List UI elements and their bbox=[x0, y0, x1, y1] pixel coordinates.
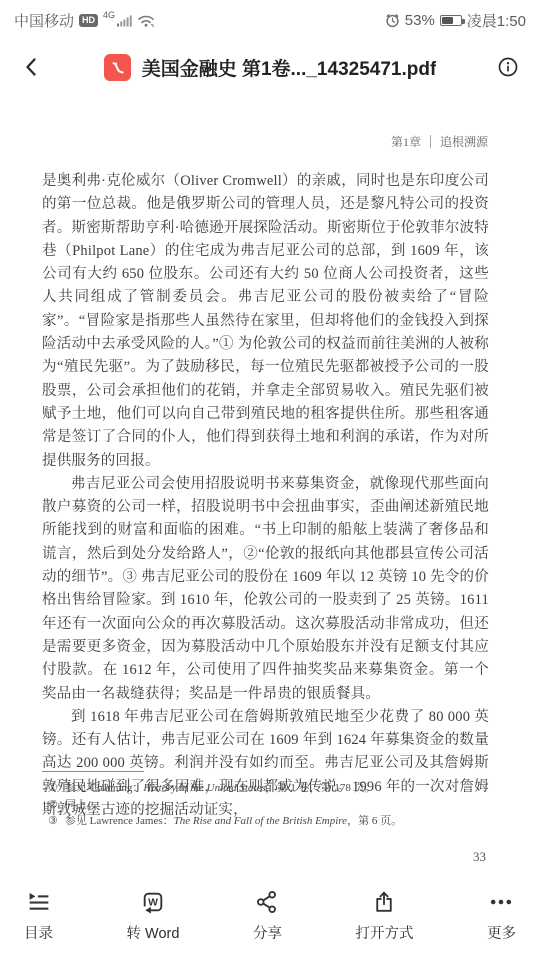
back-button[interactable] bbox=[16, 51, 48, 83]
toolbar-label: 打开方式 bbox=[355, 922, 413, 943]
page-body-text: 是奥利弗·克伦威尔（Oliver Cromwell）的亲戚，同时也是东印度公司的… bbox=[42, 170, 489, 822]
phone-screen: 中国移动 HD 4G bbox=[0, 0, 540, 960]
paragraph: 是奥利弗·克伦威尔（Oliver Cromwell）的亲戚，同时也是东印度公司的… bbox=[42, 170, 489, 473]
chapter-label: 第1章 bbox=[391, 133, 421, 150]
toolbar-open-with-button[interactable]: 打开方式 bbox=[355, 889, 413, 943]
battery-percent-label: 53% bbox=[405, 12, 435, 29]
battery-icon bbox=[440, 15, 462, 26]
share-icon bbox=[254, 889, 280, 915]
footnotes-block: ①参见 Channing：History of the United State… bbox=[42, 771, 489, 830]
section-label: 追根溯源 bbox=[440, 133, 488, 150]
open-with-icon bbox=[371, 889, 397, 915]
network-type-label: 4G bbox=[103, 10, 115, 20]
hd-badge: HD bbox=[79, 14, 98, 27]
header-divider bbox=[430, 135, 431, 148]
paragraph: 弗吉尼亚公司会使用招股说明书来募集资金，就像现代那些面向散户募资的公司一样，招股… bbox=[42, 473, 489, 706]
toolbar-label: 转 Word bbox=[127, 922, 180, 943]
info-button[interactable] bbox=[492, 51, 524, 83]
page-number: 33 bbox=[473, 849, 486, 865]
toolbar-label: 更多 bbox=[487, 922, 516, 943]
bottom-toolbar: 目录 W 转 Word 分享 bbox=[0, 878, 540, 960]
convert-to-word-icon: W bbox=[140, 889, 166, 915]
svg-text:W: W bbox=[148, 898, 158, 909]
info-icon bbox=[496, 55, 520, 79]
toolbar-label: 分享 bbox=[253, 922, 282, 943]
document-title: 美国金融史 第1卷..._14325471.pdf bbox=[142, 54, 437, 81]
pdf-file-icon bbox=[104, 54, 131, 81]
nav-bar: 美国金融史 第1卷..._14325471.pdf bbox=[0, 34, 540, 100]
toc-icon bbox=[26, 889, 52, 915]
page-running-header: 第1章 追根溯源 bbox=[391, 133, 488, 150]
document-title-group: 美国金融史 第1卷..._14325471.pdf bbox=[48, 54, 492, 81]
alarm-clock-icon bbox=[385, 13, 400, 28]
status-time-label: 凌晨1:50 bbox=[467, 10, 526, 31]
more-icon bbox=[488, 889, 514, 915]
signal-strength-icon bbox=[117, 13, 132, 27]
toolbar-more-button[interactable]: 更多 bbox=[487, 889, 516, 943]
wifi-icon bbox=[137, 13, 156, 28]
footnote-divider bbox=[42, 771, 144, 772]
toolbar-label: 目录 bbox=[24, 922, 53, 943]
pdf-page-view[interactable]: 第1章 追根溯源 是奥利弗·克伦威尔（Oliver Cromwell）的亲戚，同… bbox=[0, 100, 540, 878]
footnote: ②同上。 bbox=[42, 797, 489, 814]
carrier-label: 中国移动 bbox=[14, 10, 74, 31]
footnote: ③参见 Lawrence James：The Rise and Fall of … bbox=[42, 813, 489, 830]
back-chevron-icon bbox=[20, 55, 44, 79]
footnote: ①参见 Channing：History of the United State… bbox=[42, 780, 489, 797]
status-bar: 中国移动 HD 4G bbox=[0, 0, 540, 34]
toolbar-convert-word-button[interactable]: W 转 Word bbox=[127, 889, 180, 943]
toolbar-share-button[interactable]: 分享 bbox=[253, 889, 282, 943]
toolbar-toc-button[interactable]: 目录 bbox=[24, 889, 53, 943]
